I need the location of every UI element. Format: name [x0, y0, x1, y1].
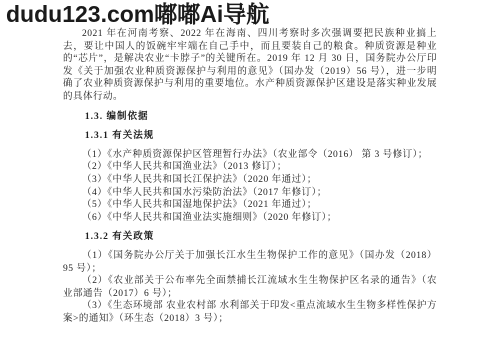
intro-paragraph: 2021 年在河南考察、2022 年在海南、四川考察时多次强调要把民族种业搞上去… — [63, 28, 437, 104]
regulation-item: （4）《中华人民共和国水污染防治法》（2017 年修订）； — [63, 187, 437, 200]
policy-item: （3）《生态环境部 农业农村部 水利部关于印发<重点流域水生生物多样性保护方案>… — [63, 300, 437, 325]
regulation-item: （1）《水产种质资源保护区管理暂行办法》（农业部令（2016） 第 3 号修订）… — [63, 149, 437, 162]
regulation-item: （6）《中华人民共和国渔业法实施细则》（2020 年修订）； — [63, 212, 437, 225]
subsection-heading-1-3-1: 1.3.1 有关法规 — [63, 130, 437, 143]
watermark-text: dudu123.com嘟嘟Ai导航 — [6, 1, 269, 27]
regulation-item: （2）《中华人民共和国渔业法》（2013 修订）； — [63, 161, 437, 174]
document-body: 2021 年在河南考察、2022 年在海南、四川考察时多次强调要把民族种业搞上去… — [63, 28, 437, 325]
policy-item: （2）《农业部关于公布率先全面禁捕长江流域水生生物保护区名录的通告》（农业部通告… — [63, 275, 437, 300]
regulations-list: （1）《水产种质资源保护区管理暂行办法》（农业部令（2016） 第 3 号修订）… — [63, 149, 437, 225]
regulation-item: （5）《中华人民共和国湿地保护法》（2021 年通过）； — [63, 199, 437, 212]
regulation-item: （3）《中华人民共和国长江保护法》（2020 年通过）； — [63, 174, 437, 187]
policies-list: （1）《国务院办公厅关于加强长江水生生物保护工作的意见》（国办发（2018）95… — [63, 250, 437, 326]
policy-item: （1）《国务院办公厅关于加强长江水生生物保护工作的意见》（国办发（2018）95… — [63, 250, 437, 275]
section-heading-1-3: 1.3. 编制依据 — [63, 111, 437, 124]
subsection-heading-1-3-2: 1.3.2 有关政策 — [63, 231, 437, 244]
document-page: dudu123.com嘟嘟Ai导航 2021 年在河南考察、2022 年在海南、… — [0, 0, 500, 360]
